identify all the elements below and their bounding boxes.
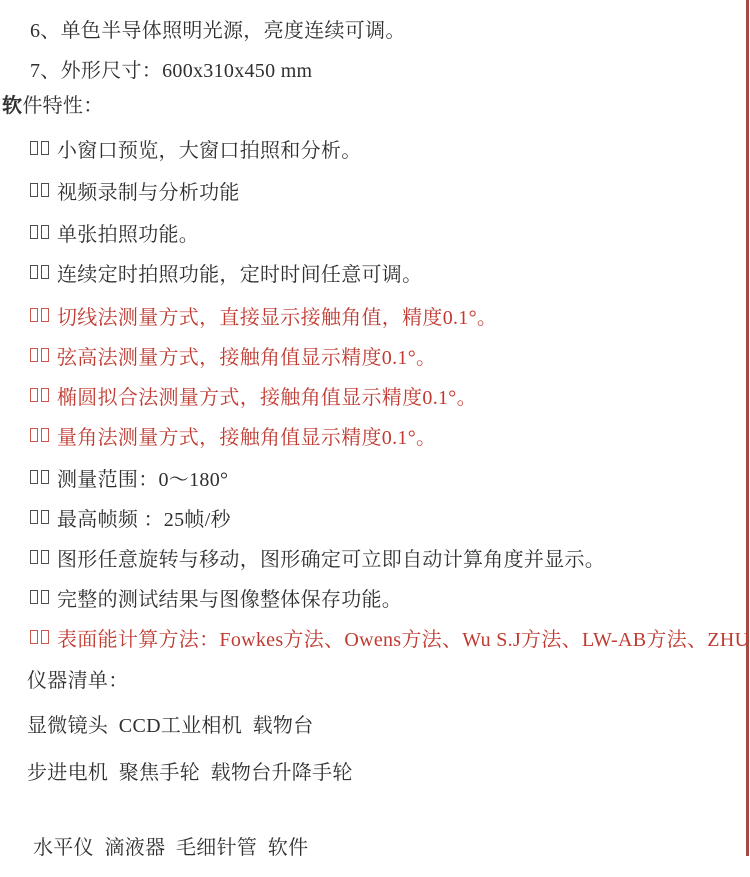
feature-item-ellipse-fit-method: 椭圆拟合法测量方式，接触角值显示精度0.1°。 [30,375,477,415]
equipment-row-accessories: 水平仪 滴液器 毛细针管 软件 [33,825,308,865]
line-text: 切线法测量方式，直接显示接触角值，精度0.1°。 [57,301,497,330]
missing-glyph-boxes-icon [30,550,52,564]
missing-glyph-boxes-icon [30,470,52,484]
section-heading-software-features: 软件特性： [2,83,104,123]
missing-glyph-boxes-icon [30,265,52,279]
line-text: 步进电机 聚焦手轮 载物台升降手轮 [27,756,353,785]
line-text: 最高帧频 ：25帧/秒 [57,503,231,532]
line-text: 图形任意旋转与移动，图形确定可立即自动计算角度并显示。 [57,543,605,572]
equipment-row-optics: 显微镜头 CCD工业相机 载物台 [27,703,314,743]
missing-glyph-boxes-icon [30,183,52,197]
line-text: 弦高法测量方式，接触角值显示精度0.1°。 [57,341,436,370]
line-text: 显微镜头 CCD工业相机 载物台 [27,709,314,738]
line-text: 7、外形尺寸：600x310x450 mm [30,54,312,83]
missing-glyph-boxes-icon [30,388,52,402]
section-heading-equipment-list: 仪器清单： [27,658,129,698]
feature-item-surface-energy-methods: 表面能计算方法：Fowkes方法、Owens方法、Wu S.J方法、LW-AB方… [30,617,750,657]
missing-glyph-boxes-icon [30,141,52,155]
feature-item-measure-range: 测量范围：0～180° [30,457,228,497]
line-text: 测量范围：0～180° [57,463,228,492]
missing-glyph-boxes-icon [30,225,52,239]
line-text: 表面能计算方法：Fowkes方法、Owens方法、Wu S.J方法、LW-AB方… [57,623,750,652]
feature-item-protractor-method: 量角法测量方式，接触角值显示精度0.1°。 [30,415,436,455]
line-text: 水平仪 滴液器 毛细针管 软件 [33,831,308,860]
line-text: 单张拍照功能。 [57,218,199,247]
right-edge-rule [746,0,749,856]
missing-glyph-boxes-icon [30,590,52,604]
feature-item-save-results: 完整的测试结果与图像整体保存功能。 [30,577,402,617]
line-text: 小窗口预览，大窗口拍照和分析。 [57,134,362,163]
missing-glyph-boxes-icon [30,428,52,442]
feature-item-single-shot: 单张拍照功能。 [30,212,199,252]
missing-glyph-boxes-icon [30,510,52,524]
heading-text: 仪器清单： [27,664,129,693]
line-text: 6、单色半导体照明光源，亮度连续可调。 [30,14,406,43]
line-text: 椭圆拟合法测量方式，接触角值显示精度0.1°。 [57,381,477,410]
missing-glyph-boxes-icon [30,308,52,322]
line-text: 连续定时拍照功能，定时时间任意可调。 [57,258,422,287]
spec-item-light-source: 6、单色半导体照明光源，亮度连续可调。 [30,8,406,48]
heading-bold-char: 软 [2,89,22,118]
missing-glyph-boxes-icon [30,630,52,644]
line-text: 完整的测试结果与图像整体保存功能。 [57,583,402,612]
missing-glyph-boxes-icon [30,348,52,362]
feature-item-chord-height-method: 弦高法测量方式，接触角值显示精度0.1°。 [30,335,436,375]
feature-item-tangent-method: 切线法测量方式，直接显示接触角值，精度0.1°。 [30,295,497,335]
document-page: 6、单色半导体照明光源，亮度连续可调。 7、外形尺寸：600x310x450 m… [0,0,750,877]
line-text: 量角法测量方式，接触角值显示精度0.1°。 [57,421,436,450]
spec-item-dimensions: 7、外形尺寸：600x310x450 mm [30,48,312,88]
heading-text: 件特性： [22,89,103,118]
feature-item-preview-windows: 小窗口预览，大窗口拍照和分析。 [30,128,362,168]
feature-item-rotate-move: 图形任意旋转与移动，图形确定可立即自动计算角度并显示。 [30,537,605,577]
line-text: 视频录制与分析功能 [57,176,240,205]
feature-item-timed-shot: 连续定时拍照功能，定时时间任意可调。 [30,252,422,292]
feature-item-video-record: 视频录制与分析功能 [30,170,240,210]
equipment-row-motion: 步进电机 聚焦手轮 载物台升降手轮 [27,750,353,790]
feature-item-max-framerate: 最高帧频 ：25帧/秒 [30,497,231,537]
